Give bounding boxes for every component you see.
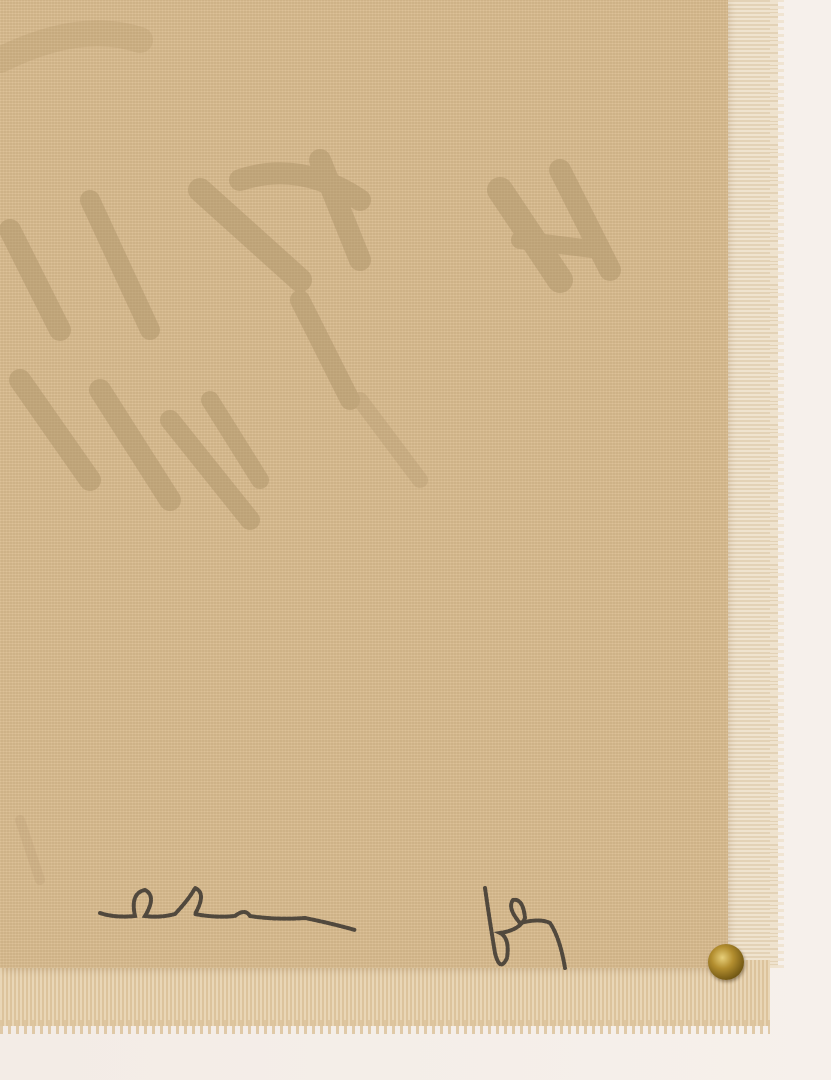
artist-signature xyxy=(95,878,615,988)
brush-stroke-marks xyxy=(0,0,728,968)
brass-pin xyxy=(708,944,744,980)
canvas-fringe-right xyxy=(720,0,778,968)
